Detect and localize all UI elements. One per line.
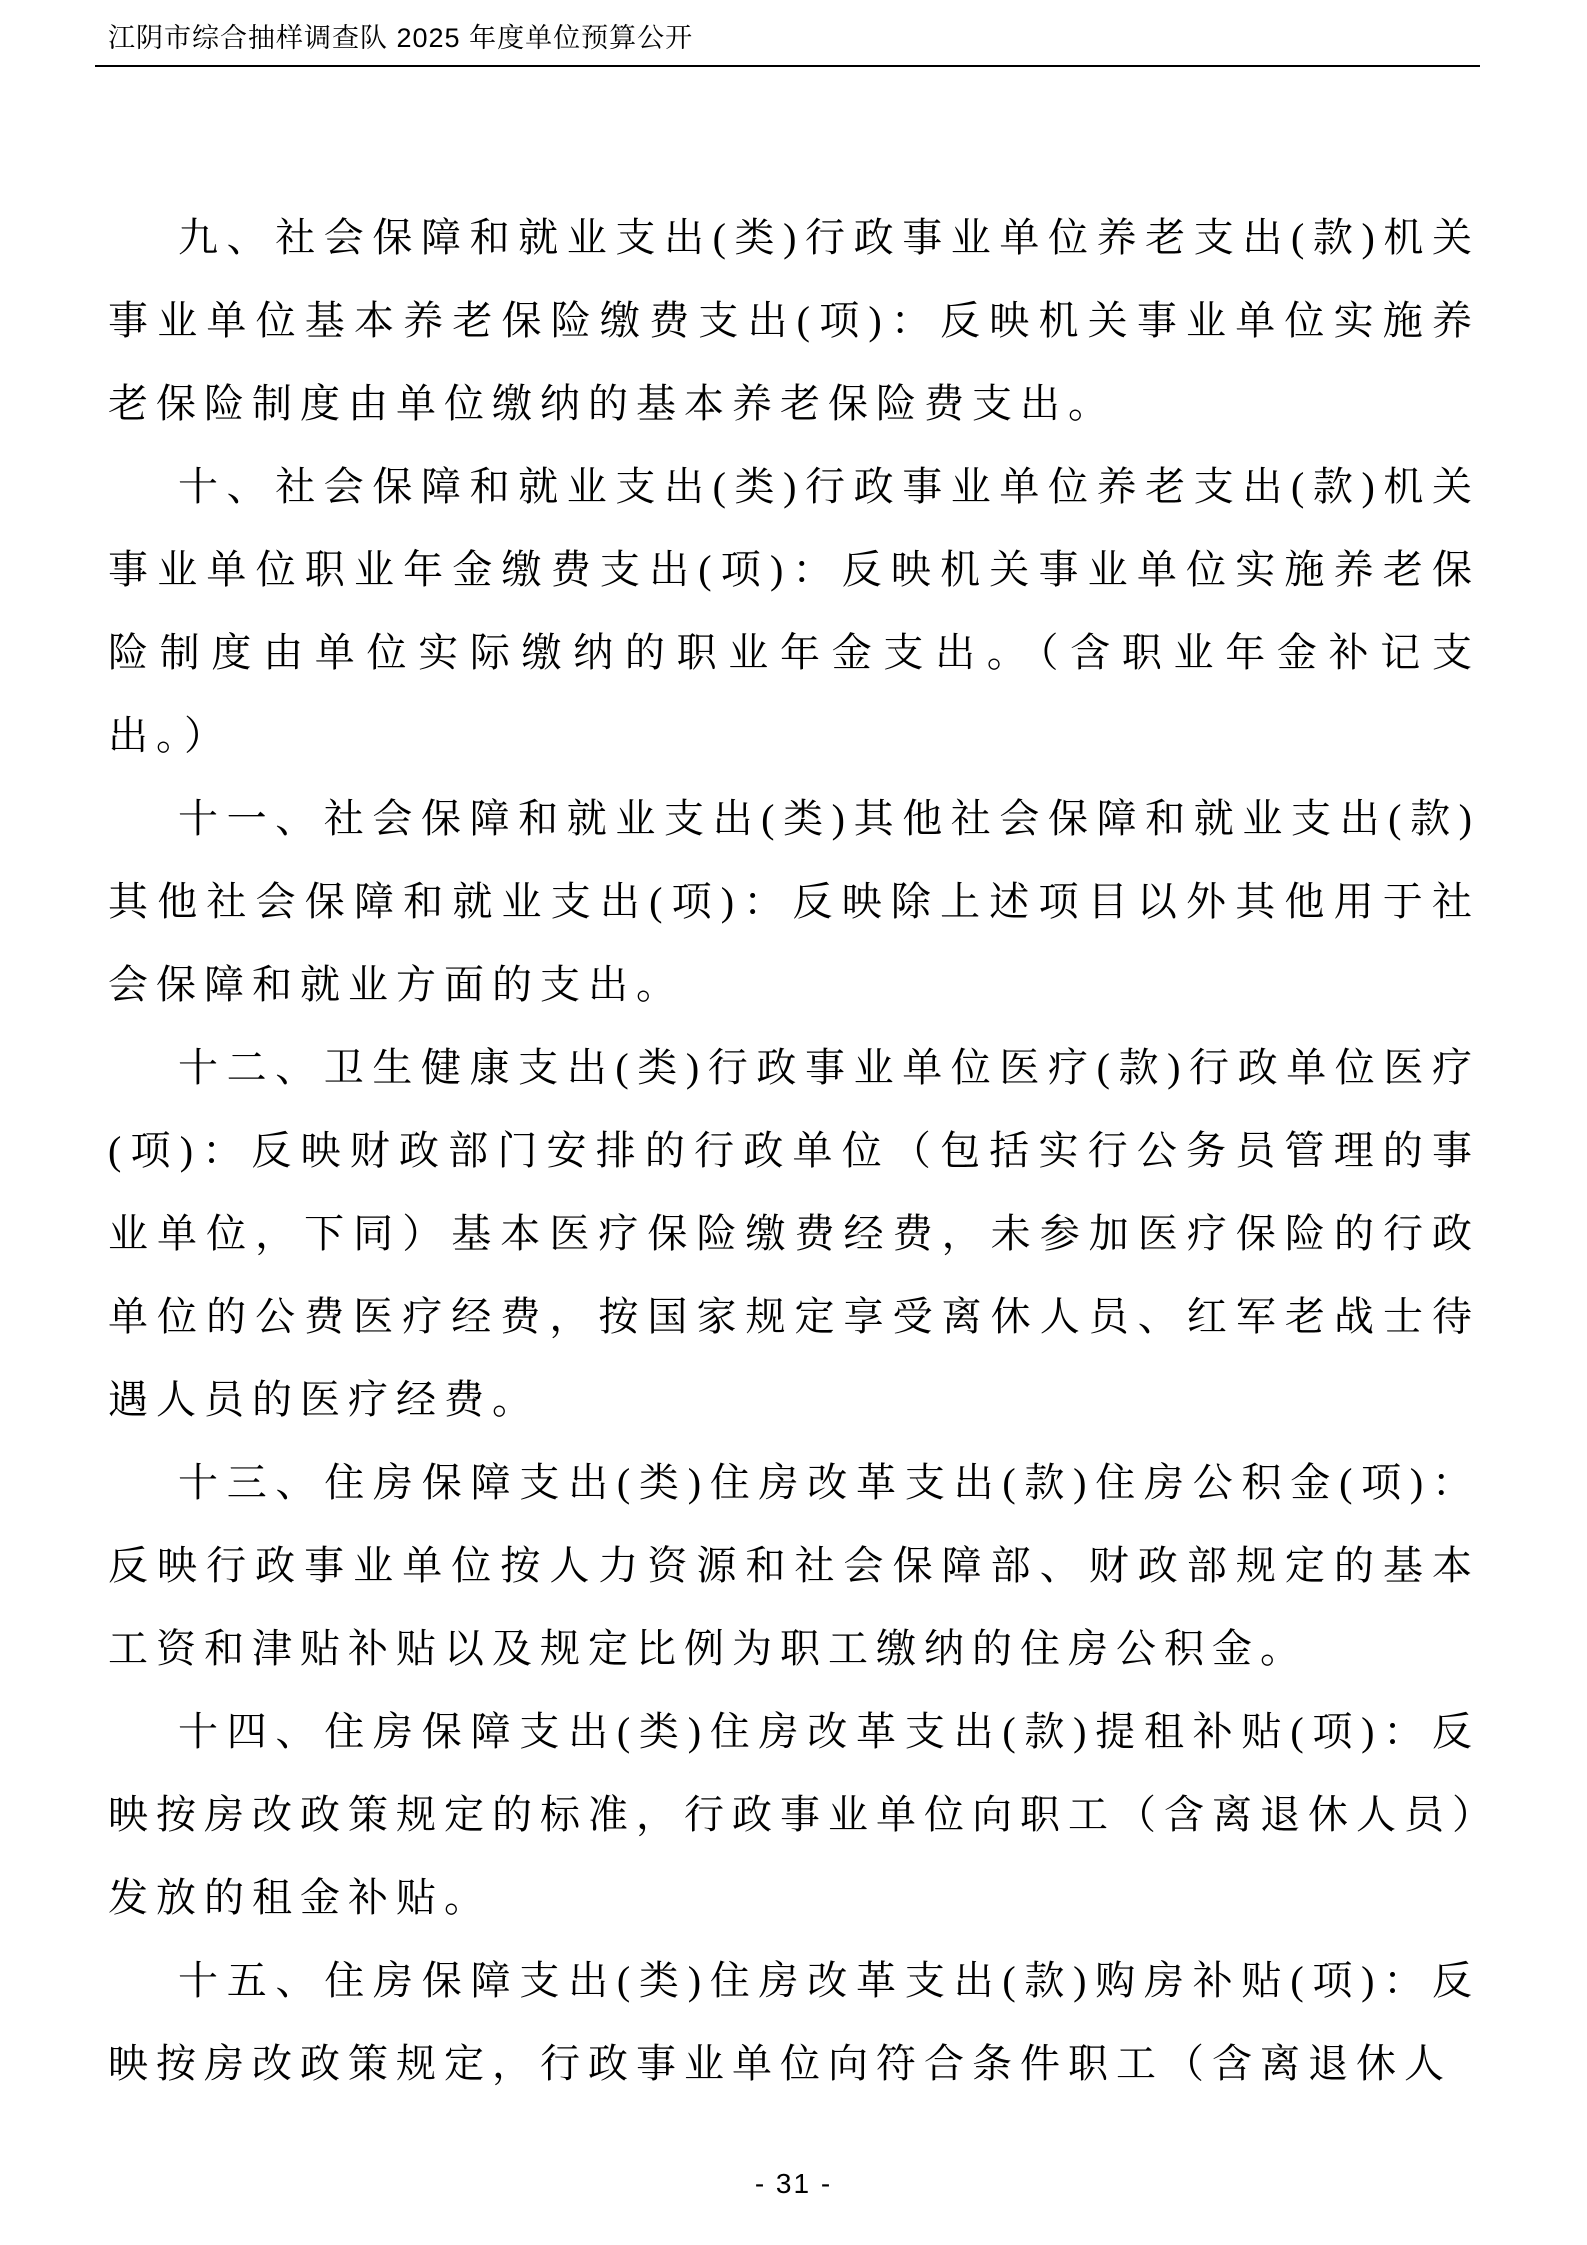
paragraph: 十五、住房保障支出(类)住房改革支出(款)购房补贴(项)：反映按房改政策规定，行… [108,1939,1480,2105]
header-rule [95,65,1480,67]
paragraph: 十三、住房保障支出(类)住房改革支出(款)住房公积金(项)：反映行政事业单位按人… [108,1441,1480,1690]
document-body: 九、社会保障和就业支出(类)行政事业单位养老支出(款)机关事业单位基本养老保险缴… [108,196,1480,2105]
paragraph: 十二、卫生健康支出(类)行政事业单位医疗(款)行政单位医疗(项)：反映财政部门安… [108,1026,1480,1441]
document-header: 江阴市综合抽样调查队 2025 年度单位预算公开 [108,22,1488,54]
page-number: - 31 - [755,2168,832,2199]
paragraph: 九、社会保障和就业支出(类)行政事业单位养老支出(款)机关事业单位基本养老保险缴… [108,196,1480,445]
page-footer: - 31 - [0,2168,1587,2200]
document-page: 江阴市综合抽样调查队 2025 年度单位预算公开 九、社会保障和就业支出(类)行… [0,0,1587,2245]
header-title: 江阴市综合抽样调查队 2025 年度单位预算公开 [108,22,1488,54]
paragraph: 十一、社会保障和就业支出(类)其他社会保障和就业支出(款)其他社会保障和就业支出… [108,777,1480,1026]
paragraph: 十、社会保障和就业支出(类)行政事业单位养老支出(款)机关事业单位职业年金缴费支… [108,445,1480,777]
paragraph: 十四、住房保障支出(类)住房改革支出(款)提租补贴(项)：反映按房改政策规定的标… [108,1690,1480,1939]
